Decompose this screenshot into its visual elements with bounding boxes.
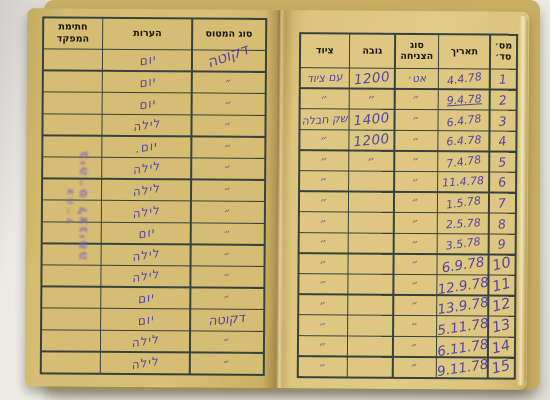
left-row-cell-signature — [44, 71, 102, 91]
handwritten-entry: לילה — [130, 332, 160, 351]
handwritten-entry: יום — [136, 311, 155, 328]
right-row-cell-serial: 7 — [490, 193, 515, 212]
handwritten-entry: 7 — [498, 195, 507, 210]
handwritten-entry: ״ — [224, 141, 232, 153]
right-row-cell-altitude — [348, 357, 392, 376]
handwritten-entry: 1200 — [353, 69, 391, 88]
left-row-cell-signature — [43, 93, 101, 114]
handwritten-entry: ״ — [320, 154, 328, 167]
handwritten-entry: ״ — [367, 92, 376, 106]
handwritten-entry: ״ — [223, 335, 231, 348]
left-row-cell-notes: לילה — [102, 244, 190, 265]
handwritten-entry: 4 — [498, 133, 508, 149]
left-row-cell-notes: יום — [102, 223, 190, 244]
right-row-cell-jump_type: ״ — [394, 255, 436, 274]
left-row-cell-notes: לילה — [102, 201, 190, 222]
right-row-cell-jump_type: ״ — [394, 358, 436, 377]
left-row-cell-signature — [43, 179, 101, 199]
handwritten-entry: לילה — [130, 354, 160, 373]
left-row-cell-aircraft: ״ — [192, 116, 264, 137]
right-row-cell-equipment: ״ — [300, 151, 348, 170]
handwritten-entry: ״ — [223, 271, 231, 283]
right-row-cell-date: 3.5.78 — [438, 234, 488, 253]
right-row-cell-date: 6.11.78 — [437, 337, 487, 356]
left-row-cell-signature — [42, 222, 100, 242]
handwritten-entry: יום — [137, 95, 156, 112]
right-row-cell-altitude — [348, 316, 392, 335]
handwritten-entry: ״ — [411, 217, 419, 230]
left-row-cell-signature — [43, 114, 101, 134]
handwritten-entry: ״ — [411, 299, 419, 312]
right-row-cell-altitude — [349, 213, 393, 232]
left-row-cell-aircraft: ״ — [191, 331, 263, 352]
left-page: סוג המטוס הערות חתימת המפקד דקוטהיום״יום… — [25, 8, 279, 388]
left-row-cell-notes: יום — [101, 309, 189, 330]
left-row-cell-aircraft: ״ — [193, 72, 265, 93]
jump-log-table: מס׳ סד׳ תאריך סוג הצניחה גובה ציוד 14.4.… — [297, 32, 518, 379]
right-row-cell-equipment: ״ — [299, 357, 347, 376]
right-row-cell-altitude — [349, 192, 393, 211]
column-header-jump-type: סוג הצניחה — [396, 35, 438, 68]
left-row-cell-notes: יום — [103, 50, 191, 71]
left-row-cell-signature — [42, 330, 100, 350]
handwritten-entry: ״ — [319, 360, 327, 373]
handwritten-entry: 3.5.78 — [445, 235, 481, 253]
right-row-cell-altitude — [349, 172, 393, 191]
right-row-cell-date: 9.11.78 — [437, 358, 487, 377]
right-row-cell-date: 11.4.78 — [438, 172, 488, 191]
handwritten-entry: ״ — [224, 184, 232, 196]
left-row-cell-aircraft: ״ — [192, 202, 264, 223]
handwritten-entry: 10 — [491, 255, 513, 275]
handwritten-entry: 1.5.78 — [445, 194, 481, 212]
handwritten-entry: 6.9.78 — [441, 254, 486, 276]
right-row-cell-date: 9.4.78 — [439, 90, 489, 109]
right-row-cell-date: 1.5.78 — [438, 193, 488, 212]
left-row-cell-notes: יום — [103, 72, 191, 93]
right-row-cell-equipment: ״ — [299, 336, 347, 355]
handwritten-entry: 2.5.78 — [445, 216, 481, 231]
right-row-cell-date: 4.4.78 — [439, 69, 489, 88]
left-row-cell-aircraft: ״ — [192, 137, 264, 158]
right-row-cell-equipment: ״ — [300, 89, 348, 108]
handwritten-entry: 9.11.78 — [436, 357, 489, 381]
handwritten-entry: ״ — [224, 163, 232, 176]
handwritten-entry: 4.4.78 — [446, 70, 482, 88]
handwritten-entry: לילה — [131, 246, 161, 265]
left-row-cell-aircraft: דקוטה — [191, 310, 263, 331]
handwritten-entry: 2 — [498, 92, 508, 108]
right-row-cell-serial: 9 — [489, 235, 514, 254]
handwritten-entry: 6.4.78 — [446, 112, 482, 130]
right-row-cell-equipment: ״ — [299, 274, 347, 293]
left-row-cell-signature — [42, 244, 100, 265]
left-row-cell-signature — [42, 309, 100, 330]
left-row-cell-notes: לילה — [101, 331, 189, 352]
handwritten-entry: ״ — [319, 298, 328, 312]
right-row-cell-equipment: ״ — [299, 233, 347, 252]
handwritten-entry: ״ — [412, 155, 420, 167]
handwritten-entry: ״ — [412, 93, 420, 106]
right-row-cell-date: 2.5.78 — [438, 214, 488, 233]
handwritten-entry: ״ — [224, 119, 232, 132]
handwritten-entry: ״ — [412, 196, 420, 208]
handwritten-entry: ״ — [320, 236, 328, 249]
right-row-cell-equipment: ״ — [299, 316, 347, 335]
right-row-cell-jump_type: ״ — [394, 275, 436, 294]
right-row-cell-serial: 4 — [490, 132, 515, 151]
right-row-cell-serial: 2 — [490, 90, 515, 109]
handwritten-entry: 15 — [490, 358, 512, 378]
right-row-cell-jump_type: אט׳ — [396, 69, 438, 88]
handwritten-entry: ״ — [413, 114, 421, 126]
right-row-cell-altitude — [349, 234, 393, 253]
handwritten-entry: ״ — [319, 277, 327, 290]
right-row-cell-equipment: ״ — [300, 171, 348, 190]
column-header-commander-signature: חתימת המפקד — [44, 18, 102, 48]
right-row-cell-jump_type: ״ — [395, 172, 437, 191]
handwritten-entry: יום — [138, 52, 157, 69]
column-header-serial-number: מס׳ סד׳ — [491, 35, 516, 68]
left-row-cell-notes: לילה — [101, 352, 189, 373]
right-row-cell-date: 6.4.78 — [439, 131, 489, 150]
handwritten-entry: 6 — [497, 174, 507, 190]
right-row-cell-altitude: 1400 — [350, 110, 394, 129]
right-row-cell-serial: 14 — [489, 338, 514, 357]
handwritten-entry: עם ציוד — [306, 71, 342, 86]
right-row-cell-serial: 15 — [489, 358, 514, 377]
left-row-cell-notes: לילה — [102, 266, 190, 287]
handwritten-entry: ״ — [319, 257, 328, 271]
handwritten-entry: יום — [137, 225, 156, 242]
right-row-cell-serial: 13 — [489, 317, 514, 336]
handwritten-entry: לילה — [131, 267, 161, 286]
right-row-cell-equipment: ״ — [299, 254, 347, 273]
left-row-cell-notes: לילה — [102, 180, 190, 201]
right-row-cell-serial: 12 — [489, 296, 514, 315]
left-row-cell-notes: יום. — [103, 136, 191, 157]
right-row-cell-altitude — [349, 254, 393, 273]
handwritten-entry: 3 — [498, 113, 507, 128]
handwritten-entry: 1 — [499, 72, 508, 87]
left-row-cell-aircraft: ״ — [192, 180, 264, 201]
right-row-cell-equipment: שק חבלה — [300, 110, 348, 129]
right-row-cell-jump_type: ״ — [395, 131, 437, 150]
right-row-cell-serial: 1 — [491, 70, 516, 89]
handwritten-entry: אט׳ — [407, 72, 426, 85]
right-row-cell-altitude — [349, 275, 393, 294]
left-row-cell-aircraft: ״ — [191, 267, 263, 288]
aircraft-notes-table: סוג המטוס הערות חתימת המפקד דקוטהיום״יום… — [40, 16, 267, 375]
column-header-altitude: גובה — [350, 34, 394, 67]
column-header-notes: הערות — [103, 19, 191, 50]
right-row-cell-jump_type: ״ — [395, 193, 437, 212]
left-row-cell-signature — [44, 50, 102, 70]
handwritten-entry: 12 — [491, 296, 513, 316]
left-row-cell-aircraft: ״ — [191, 353, 263, 374]
handwritten-entry: יום — [138, 74, 157, 91]
right-page: מס׳ סד׳ תאריך סוג הצניחה גובה ציוד 14.4.… — [276, 10, 530, 390]
handwritten-entry: ״ — [224, 206, 232, 219]
left-row-cell-notes: יום — [102, 288, 190, 309]
handwritten-entry: יום — [136, 290, 155, 307]
right-row-cell-jump_type: ״ — [394, 316, 436, 335]
handwritten-entry: 14 — [490, 337, 512, 357]
handwritten-entry: 1200 — [353, 131, 391, 150]
open-logbook: סוג המטוס הערות חתימת המפקד דקוטהיום״יום… — [25, 8, 530, 389]
right-row-cell-serial: 5 — [490, 152, 515, 171]
handwritten-entry: ״ — [223, 357, 231, 369]
right-row-cell-altitude: ״ — [349, 151, 393, 170]
handwritten-entry: ״ — [319, 215, 328, 229]
handwritten-entry: ״ — [367, 153, 377, 168]
handwritten-entry: ״ — [224, 76, 232, 89]
column-header-equipment: ציוד — [301, 34, 349, 67]
handwritten-entry: ״ — [411, 361, 419, 373]
right-row-cell-altitude — [348, 295, 392, 314]
handwritten-entry: 7.4.78 — [445, 153, 481, 171]
left-row-cell-notes: לילה — [102, 158, 190, 179]
handwritten-entry: ״ — [411, 279, 419, 291]
handwritten-entry: ״ — [225, 98, 233, 110]
handwritten-entry: ״ — [412, 134, 420, 147]
right-row-cell-date: 7.4.78 — [438, 152, 488, 171]
handwritten-entry: ״ — [411, 258, 419, 271]
right-row-cell-date: 12.9.78 — [438, 275, 488, 294]
right-row-cell-serial: 10 — [489, 255, 514, 274]
handwritten-entry: לילה — [131, 159, 161, 178]
handwritten-entry: ״ — [318, 339, 327, 353]
right-row-cell-jump_type: ״ — [395, 213, 437, 232]
handwritten-entry: ״ — [319, 319, 327, 332]
handwritten-entry: ״ — [411, 320, 419, 332]
right-row-cell-serial: 6 — [490, 173, 515, 192]
right-row-cell-altitude: 1200 — [350, 69, 394, 88]
handwritten-entry: ״ — [320, 92, 329, 106]
right-row-cell-equipment: ״ — [300, 213, 348, 232]
handwritten-entry: ״ — [223, 292, 231, 305]
right-row-cell-jump_type: ״ — [394, 234, 436, 253]
right-row-cell-jump_type: ״ — [394, 337, 436, 356]
handwritten-entry: 13.9.78 — [436, 295, 489, 319]
left-row-cell-notes: יום — [103, 93, 191, 114]
left-row-cell-signature — [43, 158, 101, 178]
left-row-cell-aircraft: ״ — [191, 288, 263, 309]
left-row-cell-aircraft: דקוטה — [193, 51, 265, 72]
left-row-cell-signature — [43, 201, 101, 222]
column-header-date: תאריך — [439, 35, 489, 68]
right-row-cell-serial: 11 — [489, 276, 514, 295]
right-row-cell-serial: 8 — [490, 214, 515, 233]
handwritten-entry: 1400 — [353, 110, 391, 129]
handwritten-entry: 13 — [491, 317, 513, 337]
left-row-cell-aircraft: ״ — [192, 94, 264, 115]
right-row-cell-equipment: ״ — [300, 130, 348, 149]
left-row-cell-aircraft: ״ — [191, 245, 263, 266]
left-row-cell-signature — [43, 136, 101, 157]
handwritten-entry: יום. — [135, 138, 159, 155]
right-row-cell-jump_type: ״ — [395, 152, 437, 171]
handwritten-entry: ״ — [320, 174, 329, 188]
handwritten-entry: 8 — [497, 216, 507, 232]
left-row-cell-aircraft: ״ — [192, 159, 264, 180]
handwritten-entry: 5 — [498, 154, 507, 169]
left-row-cell-aircraft: ״ — [191, 223, 263, 244]
right-row-cell-jump_type: ״ — [395, 110, 437, 129]
left-row-cell-signature — [42, 266, 100, 286]
handwritten-entry: לילה — [131, 181, 161, 200]
handwritten-entry: ״ — [412, 237, 420, 249]
handwritten-entry: ״ — [223, 249, 231, 262]
right-row-cell-altitude — [348, 337, 392, 356]
handwritten-entry: 6.4.78 — [446, 133, 482, 148]
handwritten-entry: 9 — [498, 236, 507, 251]
handwritten-entry: לילה — [131, 202, 161, 221]
right-row-cell-date: 6.4.78 — [439, 111, 489, 130]
right-row-cell-jump_type: ״ — [394, 296, 436, 315]
right-row-cell-date: 13.9.78 — [437, 296, 487, 315]
right-row-cell-altitude: 1200 — [350, 131, 394, 150]
right-row-cell-equipment: ״ — [300, 192, 348, 211]
handwritten-entry: ״ — [412, 175, 420, 188]
handwritten-entry: 5.11.78 — [436, 316, 489, 340]
handwritten-entry: ״ — [224, 228, 232, 240]
handwritten-entry: ״ — [411, 340, 419, 353]
left-row-cell-signature — [42, 287, 100, 307]
handwritten-entry: 11 — [491, 275, 513, 295]
left-row-cell-notes: לילה — [103, 115, 191, 136]
handwritten-entry: דקוטה — [208, 311, 246, 330]
right-row-cell-date: 6.9.78 — [438, 255, 488, 274]
right-row-cell-equipment: ״ — [299, 295, 347, 314]
handwritten-entry: שק חבלה — [301, 111, 348, 127]
handwritten-entry: 9.4.78 — [446, 92, 482, 107]
right-row-cell-serial: 3 — [490, 111, 515, 130]
handwritten-entry: לילה — [132, 116, 162, 135]
scanned-logbook-photo: סוג המטוס הערות חתימת המפקד דקוטהיום״יום… — [0, 0, 550, 400]
right-row-cell-jump_type: ״ — [395, 90, 437, 109]
handwritten-entry: ״ — [320, 195, 328, 208]
handwritten-entry: ״ — [320, 133, 329, 147]
right-row-cell-altitude: ״ — [350, 89, 394, 108]
right-row-cell-date: 5.11.78 — [437, 317, 487, 336]
right-row-cell-equipment: עם ציוד — [301, 68, 349, 87]
handwritten-entry: 6.11.78 — [436, 336, 489, 360]
handwritten-entry: 11.4.78 — [442, 174, 485, 190]
left-row-cell-signature — [42, 352, 100, 373]
